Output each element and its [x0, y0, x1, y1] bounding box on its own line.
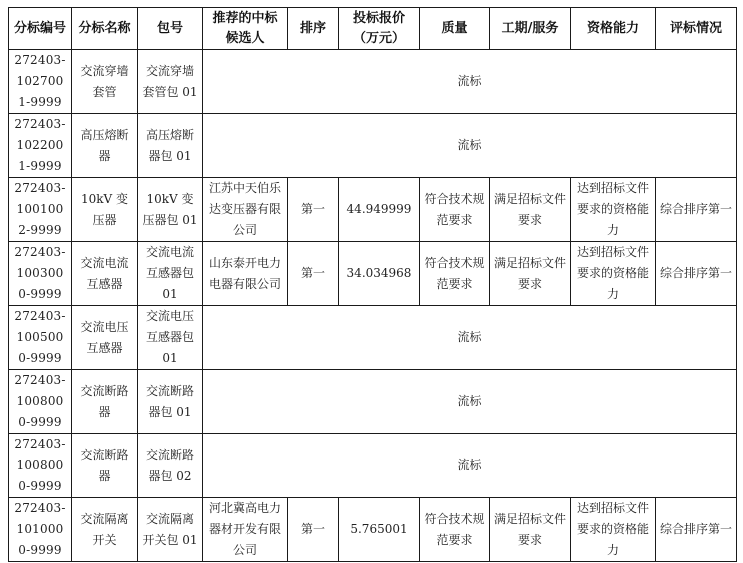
bid-price: 44.949999 — [339, 178, 420, 242]
lot-code: 272403-1010000-9999 — [9, 498, 72, 562]
header-service: 工期/服务 — [490, 8, 571, 50]
service: 满足招标文件要求 — [490, 498, 571, 562]
service: 满足招标文件要求 — [490, 178, 571, 242]
failed-bid-status: 流标 — [203, 114, 737, 178]
lot-name: 交流电压互感器 — [72, 306, 138, 370]
lot-name: 高压熔断器 — [72, 114, 138, 178]
lot-name: 10kV 变压器 — [72, 178, 138, 242]
qualification: 达到招标文件要求的资格能力 — [571, 498, 656, 562]
package: 交流断路器包 02 — [138, 434, 203, 498]
candidate: 江苏中天伯乐达变压器有限公司 — [203, 178, 288, 242]
evaluation: 综合排序第一 — [656, 498, 737, 562]
quality: 符合技术规范要求 — [420, 178, 490, 242]
lot-code: 272403-1003000-9999 — [9, 242, 72, 306]
service: 满足招标文件要求 — [490, 242, 571, 306]
table-row: 272403-1022001-9999 高压熔断器 高压熔断器包 01 流标 — [9, 114, 737, 178]
lot-code: 272403-1022001-9999 — [9, 114, 72, 178]
header-candidate: 推荐的中标候选人 — [203, 8, 288, 50]
header-lot-name: 分标名称 — [72, 8, 138, 50]
candidate: 山东泰开电力电器有限公司 — [203, 242, 288, 306]
qualification: 达到招标文件要求的资格能力 — [571, 178, 656, 242]
lot-code: 272403-1008000-9999 — [9, 434, 72, 498]
bid-price: 34.034968 — [339, 242, 420, 306]
table-row: 272403-1027001-9999 交流穿墙套管 交流穿墙套管包 01 流标 — [9, 50, 737, 114]
quality: 符合技术规范要求 — [420, 242, 490, 306]
lot-name: 交流断路器 — [72, 434, 138, 498]
quality: 符合技术规范要求 — [420, 498, 490, 562]
evaluation: 综合排序第一 — [656, 178, 737, 242]
failed-bid-status: 流标 — [203, 50, 737, 114]
header-quality: 质量 — [420, 8, 490, 50]
header-qualification: 资格能力 — [571, 8, 656, 50]
rank: 第一 — [288, 178, 339, 242]
rank: 第一 — [288, 242, 339, 306]
package: 10kV 变压器包 01 — [138, 178, 203, 242]
lot-name: 交流穿墙套管 — [72, 50, 138, 114]
header-evaluation: 评标情况 — [656, 8, 737, 50]
header-lot-code: 分标编号 — [9, 8, 72, 50]
package: 高压熔断器包 01 — [138, 114, 203, 178]
table-row: 272403-1010000-9999 交流隔离开关 交流隔离开关包 01 河北… — [9, 498, 737, 562]
header-package: 包号 — [138, 8, 203, 50]
header-rank: 排序 — [288, 8, 339, 50]
lot-code: 272403-1001002-9999 — [9, 178, 72, 242]
table-row: 272403-1008000-9999 交流断路器 交流断路器包 01 流标 — [9, 370, 737, 434]
header-price: 投标报价（万元） — [339, 8, 420, 50]
package: 交流电流互感器包 01 — [138, 242, 203, 306]
lot-name: 交流电流互感器 — [72, 242, 138, 306]
qualification: 达到招标文件要求的资格能力 — [571, 242, 656, 306]
failed-bid-status: 流标 — [203, 306, 737, 370]
lot-name: 交流隔离开关 — [72, 498, 138, 562]
package: 交流断路器包 01 — [138, 370, 203, 434]
candidate: 河北冀高电力器材开发有限公司 — [203, 498, 288, 562]
lot-name: 交流断路器 — [72, 370, 138, 434]
table-row: 272403-1005000-9999 交流电压互感器 交流电压互感器包 01 … — [9, 306, 737, 370]
rank: 第一 — [288, 498, 339, 562]
table-row: 272403-1001002-9999 10kV 变压器 10kV 变压器包 0… — [9, 178, 737, 242]
header-row: 分标编号 分标名称 包号 推荐的中标候选人 排序 投标报价（万元） 质量 工期/… — [9, 8, 737, 50]
failed-bid-status: 流标 — [203, 370, 737, 434]
bid-price: 5.765001 — [339, 498, 420, 562]
package: 交流穿墙套管包 01 — [138, 50, 203, 114]
lot-code: 272403-1005000-9999 — [9, 306, 72, 370]
failed-bid-status: 流标 — [203, 434, 737, 498]
bid-results-table: 分标编号 分标名称 包号 推荐的中标候选人 排序 投标报价（万元） 质量 工期/… — [8, 7, 737, 562]
lot-code: 272403-1008000-9999 — [9, 370, 72, 434]
table-row: 272403-1003000-9999 交流电流互感器 交流电流互感器包 01 … — [9, 242, 737, 306]
package: 交流电压互感器包 01 — [138, 306, 203, 370]
lot-code: 272403-1027001-9999 — [9, 50, 72, 114]
evaluation: 综合排序第一 — [656, 242, 737, 306]
package: 交流隔离开关包 01 — [138, 498, 203, 562]
table-row: 272403-1008000-9999 交流断路器 交流断路器包 02 流标 — [9, 434, 737, 498]
